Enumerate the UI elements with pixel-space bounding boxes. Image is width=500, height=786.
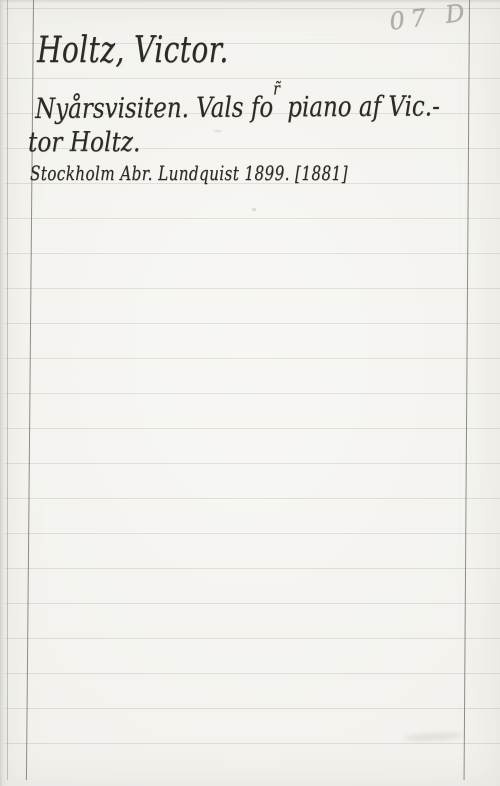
title-line-1-pre: Nyårsvisiten. Vals fo (35, 90, 273, 125)
author-heading: Holtz, Victor. (37, 30, 229, 71)
catalog-card: 07 D Holtz, Victor. Nyårsvisiten. Vals f… (0, 0, 500, 786)
scan-edge-left (0, 0, 7, 786)
left-margin-line (26, 0, 34, 780)
pencil-classmark: 07 D (388, 0, 472, 36)
right-margin-line (464, 0, 470, 780)
pencil-dash-mark (214, 130, 222, 132)
imprint-line: Stockholm Abr. Lundquist 1899. [1881] (30, 162, 348, 185)
ink-speck (252, 208, 256, 211)
smudge-mark (404, 731, 462, 742)
superscript-abbreviation: r̃ (273, 80, 280, 100)
title-line-2: tor Holtz. (28, 127, 140, 158)
title-line-1: Nyårsvisiten. Vals for̃ piano af Vic.- (35, 90, 440, 125)
card-inner-edge-line (7, 0, 8, 780)
title-line-1-post: piano af Vic.- (280, 89, 440, 123)
